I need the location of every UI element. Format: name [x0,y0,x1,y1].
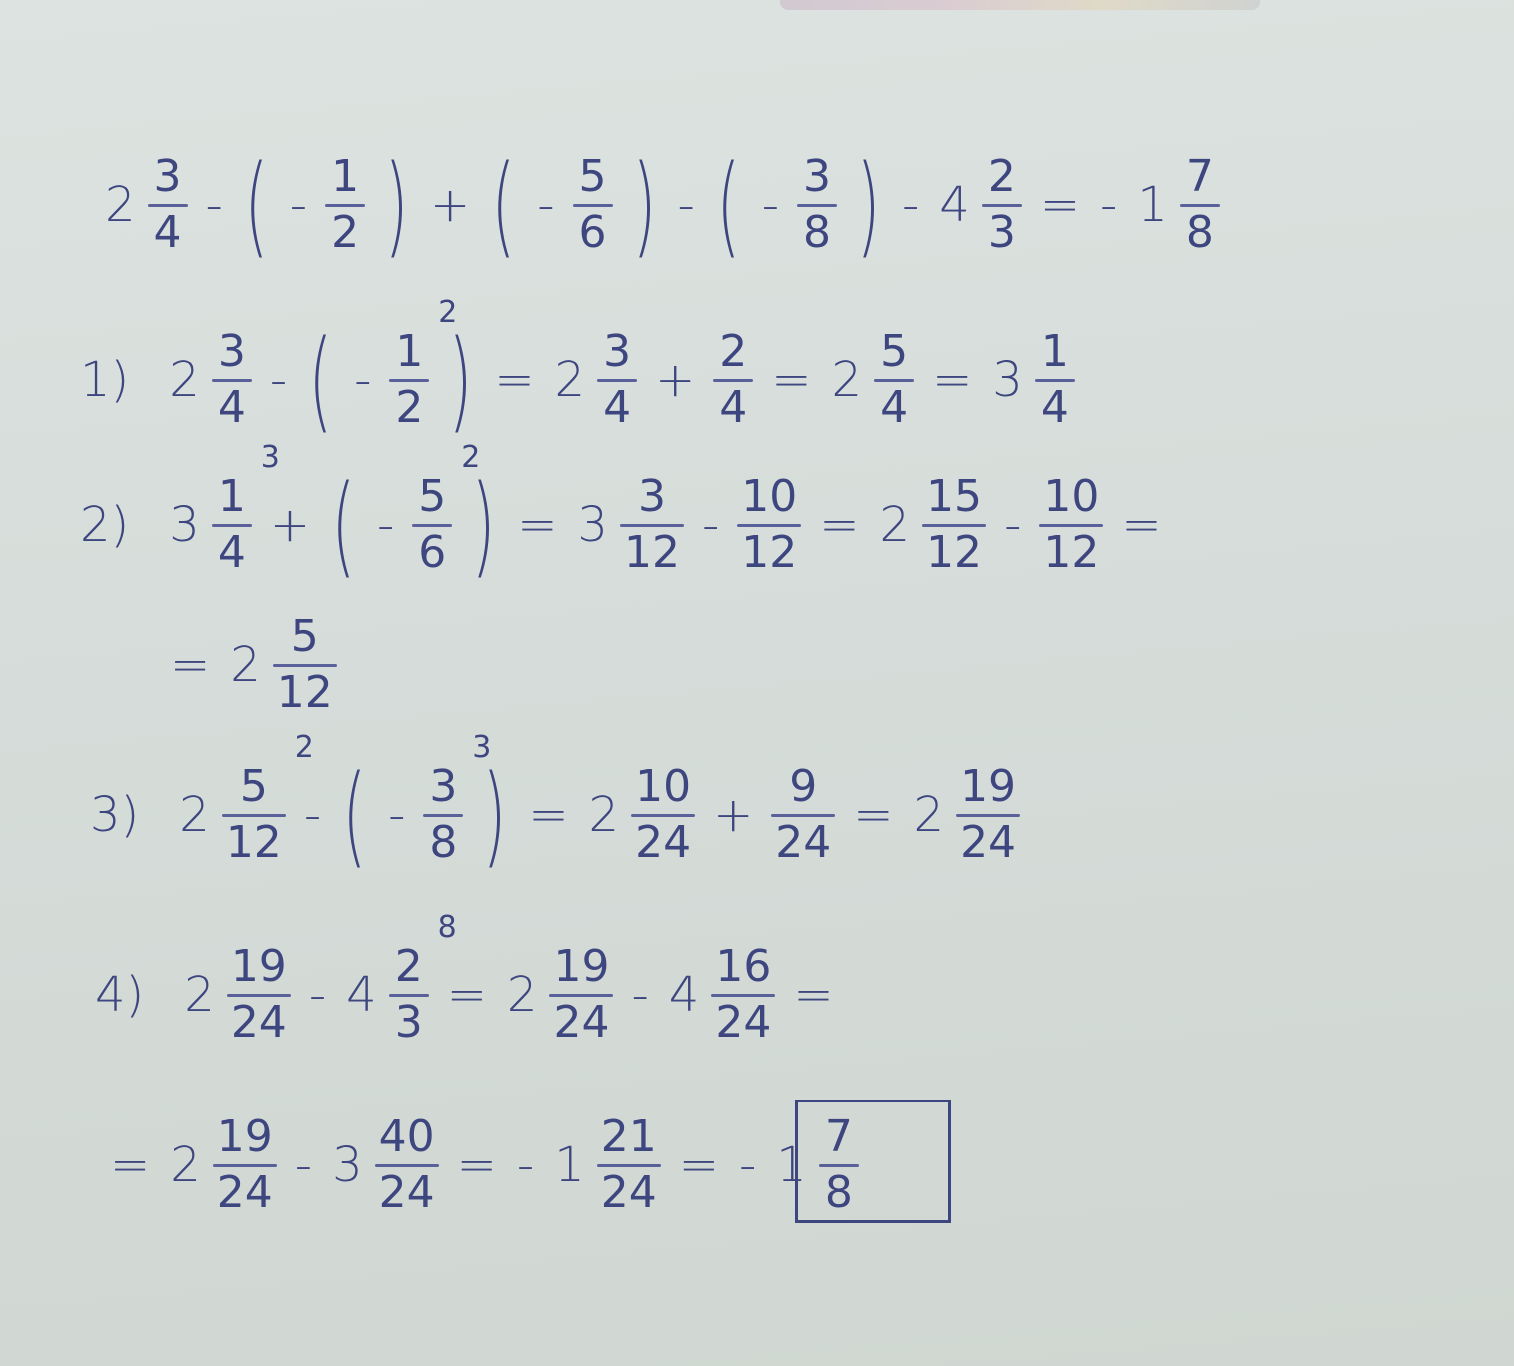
left-paren: ( [245,150,269,260]
numerator: 1 [214,474,250,520]
final-answer-box [795,1100,951,1223]
fraction: 5122 [222,764,286,865]
sign: - [537,181,554,229]
fraction: 1924 [227,944,291,1045]
step-label: 3) [90,791,139,839]
denominator: 24 [375,1170,439,1216]
numerator: 2 [984,154,1020,200]
whole: 3 [169,501,200,549]
sign: - [377,501,394,549]
denominator: 4 [214,385,250,431]
numerator: 1 [327,154,363,200]
problem-term2-fraction: 12 [325,154,365,255]
problem-term5-fraction: 23 [982,154,1022,255]
fraction: 143 [212,474,252,575]
lcd-multiplier: 2 [295,730,314,765]
whole: 2 [184,971,215,1019]
whole: 2 [507,971,538,1019]
sign: - [290,181,307,229]
numerator: 3 [214,329,250,375]
fraction: 562 [412,474,452,575]
denominator: 24 [213,1170,277,1216]
equals-sign: = [1040,181,1080,229]
operator: - [206,181,223,229]
denominator: 8 [799,210,835,256]
operator: - [677,181,694,229]
numerator: 10 [737,474,801,520]
denominator: 8 [425,820,461,866]
step-2-line: 2) 3 143 + ( - 562 ) = 3 312 - 1012 = 2 … [70,460,1172,590]
denominator: 12 [222,820,286,866]
right-paren: ) [385,150,409,260]
operator: + [713,791,753,839]
right-paren: ) [483,760,507,870]
operator: - [295,1141,312,1189]
denominator: 24 [771,820,835,866]
numerator: 40 [375,1114,439,1160]
equals-sign: = [457,1141,497,1189]
denominator: 4 [150,210,186,256]
denominator: 24 [597,1170,661,1216]
numerator: 3 [634,474,670,520]
fraction: 34 [597,329,637,430]
operator: + [270,501,310,549]
equals-sign: = [517,501,557,549]
fraction: 1624 [711,944,775,1045]
right-paren: ) [449,325,473,435]
numerator: 2 [715,329,751,375]
left-paren: ( [309,325,333,435]
step-4-continuation: = 2 1924 - 3 4024 = - 1 2124 = - 1 78 [100,1100,867,1230]
left-paren: ( [716,150,740,260]
fraction: 1924 [549,944,613,1045]
problem-term1-whole: 2 [105,181,136,229]
numerator: 5 [575,154,611,200]
denominator: 24 [711,1000,775,1046]
step-1-line: 1) 2 34 - ( - 122 ) = 2 34 + 24 = 2 54 =… [70,315,1083,445]
whole: 2 [230,641,261,689]
whole: 2 [179,791,210,839]
result-sign: - [1100,181,1117,229]
equals-sign: = [793,971,833,1019]
problem-term3-fraction: 56 [573,154,613,255]
result-whole: 1 [1137,181,1168,229]
denominator: 12 [922,530,986,576]
step-4-line: 4) 2 1924 - 4 238 = 2 1924 - 4 1624 = [85,930,844,1060]
right-paren: ) [632,150,656,260]
denominator: 8 [1182,210,1218,256]
denominator: 2 [391,385,427,431]
final-answer-sign: - [739,1141,756,1189]
numerator: 3 [599,329,635,375]
whole: 2 [880,501,911,549]
equals-sign: = [170,641,210,689]
numerator: 19 [549,944,613,990]
numerator: 3 [799,154,835,200]
left-paren: ( [332,470,356,580]
operator: - [1004,501,1021,549]
equals-sign: = [494,356,534,404]
fraction: 1512 [922,474,986,575]
fraction: 1024 [631,764,695,865]
numerator: 19 [213,1114,277,1160]
denominator: 4 [214,530,250,576]
equals-sign: = [1121,501,1161,549]
step-label: 4) [95,971,144,1019]
sign: - [354,356,371,404]
right-paren: ) [472,470,496,580]
operator: - [702,501,719,549]
fraction: 512 [273,614,337,715]
numerator: 15 [922,474,986,520]
operator: - [631,971,648,1019]
sign: - [762,181,779,229]
result-fraction: 78 [1180,154,1220,255]
whole: 2 [169,356,200,404]
denominator: 4 [1037,385,1073,431]
fraction: 1924 [213,1114,277,1215]
denominator: 24 [956,820,1020,866]
fraction: 54 [874,329,914,430]
denominator: 24 [631,820,695,866]
whole: 4 [669,971,700,1019]
fraction: 1924 [956,764,1020,865]
fraction: 924 [771,764,835,865]
fraction: 24 [713,329,753,430]
denominator: 24 [549,1000,613,1046]
whole: 1 [554,1141,585,1189]
denominator: 12 [620,530,684,576]
numerator: 7 [1182,154,1218,200]
right-paren: ) [857,150,881,260]
fraction: 1012 [737,474,801,575]
whole: 3 [992,356,1023,404]
numerator: 19 [956,764,1020,810]
equals-sign: = [528,791,568,839]
equals-sign: = [447,971,487,1019]
equals-sign: = [819,501,859,549]
numerator: 3 [150,154,186,200]
left-paren: ( [343,760,367,870]
problem-term5-whole: 4 [939,181,970,229]
fraction: 34 [212,329,252,430]
whole: 2 [555,356,586,404]
numerator: 21 [597,1114,661,1160]
numerator: 3 [425,764,461,810]
fraction: 383 [423,764,463,865]
left-paren: ( [492,150,516,260]
denominator: 12 [737,530,801,576]
numerator: 5 [287,614,323,660]
fraction: 312 [620,474,684,575]
denominator: 3 [984,210,1020,256]
whole: 4 [346,971,377,1019]
fraction: 122 [389,329,429,430]
denominator: 3 [391,1000,427,1046]
fraction: 14 [1035,329,1075,430]
denominator: 4 [599,385,635,431]
denominator: 4 [715,385,751,431]
whole: 2 [589,791,620,839]
numerator: 1 [1037,329,1073,375]
equals-sign: = [853,791,893,839]
equals-sign: = [679,1141,719,1189]
fraction: 1012 [1039,474,1103,575]
operator: - [270,356,287,404]
problem-term1-fraction: 34 [148,154,188,255]
numerator: 5 [414,474,450,520]
lcd-multiplier: 3 [261,440,280,475]
numerator: 10 [631,764,695,810]
whole: 2 [832,356,863,404]
operator: + [655,356,695,404]
numerator: 16 [711,944,775,990]
numerator: 5 [876,329,912,375]
problem-term4-fraction: 38 [797,154,837,255]
equals-sign: = [110,1141,150,1189]
numerator: 1 [391,329,427,375]
operator: - [304,791,321,839]
operator: + [430,181,470,229]
whole: 3 [332,1141,363,1189]
whole: 2 [914,791,945,839]
numerator: 5 [236,764,272,810]
fraction: 2124 [597,1114,661,1215]
numerator: 9 [785,764,821,810]
paper-edge-decoration [780,0,1260,10]
denominator: 12 [1039,530,1103,576]
denominator: 24 [227,1000,291,1046]
step-2-continuation: = 2 512 [160,600,345,730]
sign: - [388,791,405,839]
denominator: 2 [327,210,363,256]
step-3-line: 3) 2 5122 - ( - 383 ) = 2 1024 + 924 = 2… [80,750,1028,880]
fraction: 4024 [375,1114,439,1215]
operator: - [902,181,919,229]
step-label: 1) [80,356,129,404]
whole: 2 [170,1141,201,1189]
sign: - [517,1141,534,1189]
problem-line: 2 34 - ( - 12 ) + ( - 56 ) - ( - 38 ) - … [95,140,1228,270]
step-label: 2) [80,501,129,549]
equals-sign: = [932,356,972,404]
lcd-multiplier: 8 [438,910,457,945]
numerator: 10 [1039,474,1103,520]
denominator: 4 [876,385,912,431]
fraction: 238 [389,944,429,1045]
whole: 3 [577,501,608,549]
denominator: 6 [575,210,611,256]
numerator: 2 [391,944,427,990]
equals-sign: = [771,356,811,404]
operator: - [309,971,326,1019]
denominator: 12 [273,670,337,716]
denominator: 6 [414,530,450,576]
numerator: 19 [227,944,291,990]
